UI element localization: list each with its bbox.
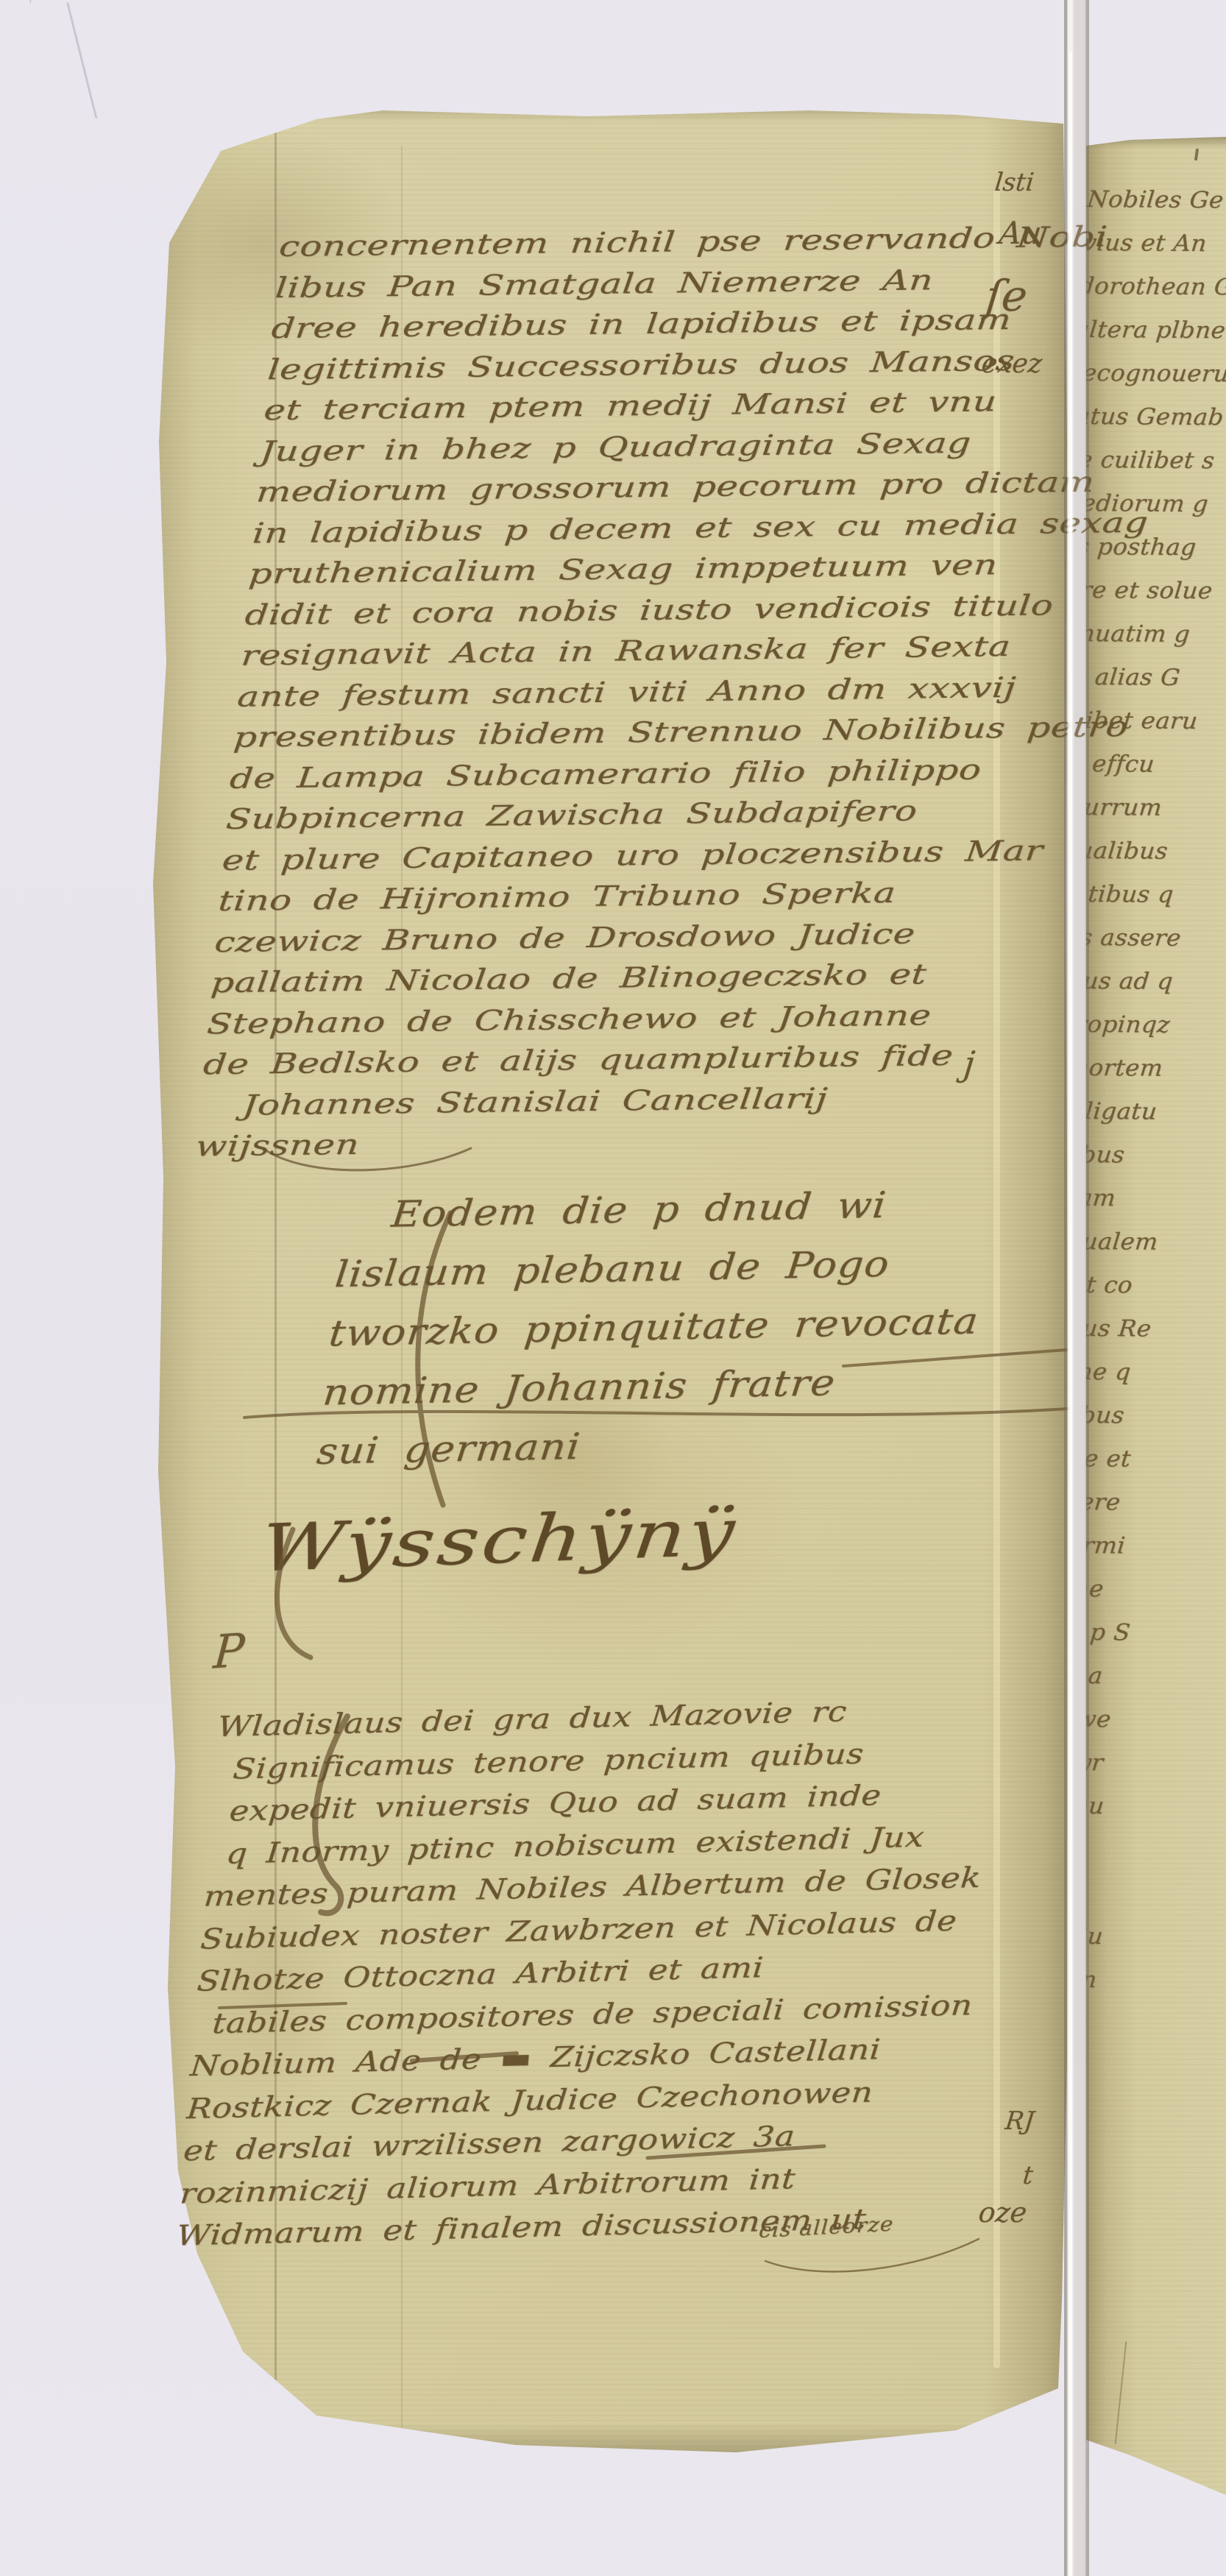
manuscript-line-fragment: Nobiles Ge (1085, 178, 1226, 223)
glass-strip (1064, 0, 1089, 2576)
sheet-fold (66, 2, 110, 167)
gutter-highlight (993, 190, 1000, 2368)
glass-highlight (1069, 52, 1072, 2576)
manuscript-line-fragment: altera plbne (1073, 308, 1226, 353)
manuscript-page-right: Nobiles Gevius et Andorothean Galtera pl… (1086, 137, 1226, 2499)
manuscript-photo: Nobiles Gevius et Andorothean Galtera pl… (0, 0, 1226, 2576)
manuscript-line-fragment: vius et An (1081, 222, 1226, 266)
manuscript-line-fragment: dorothean G (1077, 265, 1226, 310)
manuscript-line-fragment: recognouerut (1069, 352, 1226, 397)
bottom-edge-shading (143, 2423, 1072, 2457)
page-crease (401, 146, 403, 2427)
top-edge-shading (1086, 137, 1226, 149)
sheet-fold (16, 0, 32, 118)
manuscript-page-left (143, 102, 1072, 2457)
paper-stain (453, 1367, 673, 1537)
top-edge-shading (143, 102, 1072, 122)
paper-stain (188, 1831, 350, 2140)
